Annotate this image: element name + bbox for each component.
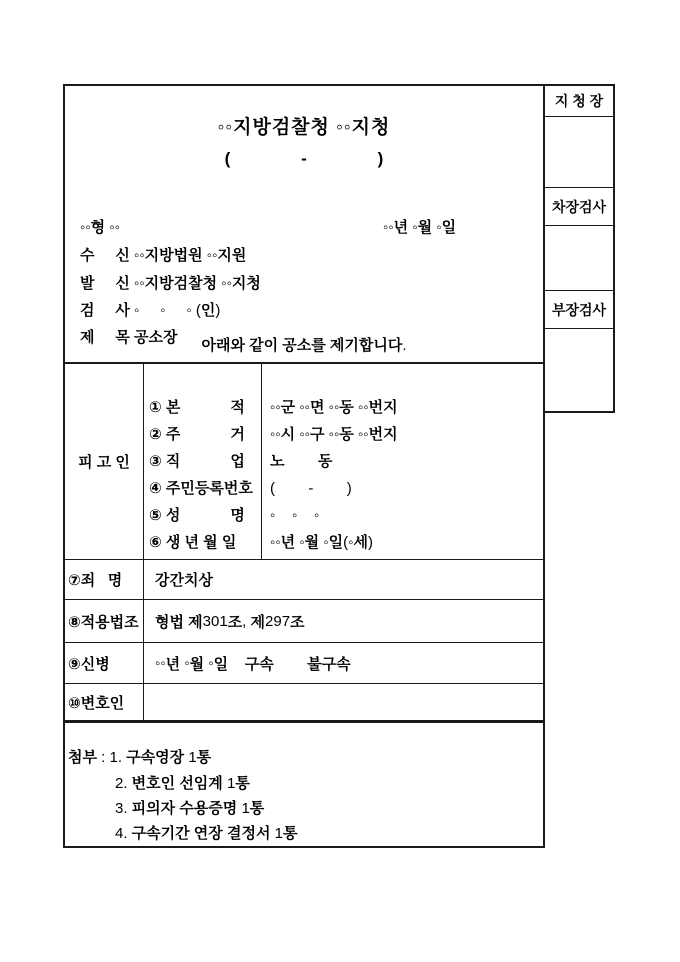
document-date: ◦◦년 ◦월 ◦일 <box>383 216 456 237</box>
defendant-field-label-birthdate: ⑥ 생 년 월 일 <box>149 529 261 556</box>
offense-name-value: 강간치상 <box>144 560 543 599</box>
defendant-field-label-name: ⑤ 성 명 <box>149 502 261 529</box>
defendant-field-label-domicile: ① 본 적 <box>149 394 261 421</box>
approval-column: 지 청 장 차장검사 부장검사 <box>543 84 615 413</box>
defendant-field-value-resident-id: ( - ) <box>270 475 543 502</box>
defendant-field-value-domicile: ◦◦군 ◦◦면 ◦◦동 ◦◦번지 <box>270 394 543 421</box>
approval-label-division-chief-prosecutor: 부장검사 <box>545 291 613 329</box>
document-body: ◦◦지방검찰청 ◦◦지청 ( - ) ◦◦형 ◦◦ ◦◦년 ◦월 ◦일 수 신 … <box>63 84 545 723</box>
attachments-list: 2. 변호인 선임계 1통 3. 피의자 수용증명 1통 4. 구속기간 연장 … <box>115 771 297 846</box>
attachments-section: 첨부 : 1. 구속영장 1통 2. 변호인 선임계 1통 3. 피의자 수용증… <box>63 720 545 848</box>
case-number-blank: ( - ) <box>65 149 543 169</box>
approval-label-branch-chief: 지 청 장 <box>545 86 613 117</box>
prosecutor-line: 검 사 ◦ ◦ ◦ (인) <box>80 299 220 317</box>
custody-status-row: ⑨신병 ◦◦년 ◦월 ◦일 구속 불구속 <box>65 643 543 684</box>
filing-statement: 아래와 같이 공소를 제기합니다. <box>65 334 543 355</box>
document-header-section: ◦◦지방검찰청 ◦◦지청 ( - ) ◦◦형 ◦◦ ◦◦년 ◦월 ◦일 수 신 … <box>65 86 543 364</box>
defense-counsel-row: ⑩변호인 <box>65 684 543 721</box>
applicable-statutes-value: 형법 제301조, 제297조 <box>144 600 543 642</box>
approval-stamp-space-division-chief-prosecutor <box>545 329 613 411</box>
recipient-line: 수 신 ◦◦지방법원 ◦◦지원 <box>80 244 246 262</box>
defendant-field-label-residence: ② 주 거 <box>149 421 261 448</box>
document-number: ◦◦형 ◦◦ <box>80 216 120 234</box>
attachment-item: 4. 구속기간 연장 결정서 1통 <box>115 821 297 846</box>
defendant-field-value-birthdate: ◦◦년 ◦월 ◦일(◦세) <box>270 529 543 556</box>
approval-label-deputy-chief-prosecutor: 차장검사 <box>545 188 613 226</box>
attachments-heading: 첨부 : 1. 구속영장 1통 <box>68 746 211 767</box>
defendant-field-label-occupation: ③ 직 업 <box>149 448 261 475</box>
defendant-field-labels: ① 본 적 ② 주 거 ③ 직 업 ④ 주민등록번호 ⑤ 성 명 ⑥ 생 년 월… <box>144 364 262 559</box>
defense-counsel-value <box>144 684 543 721</box>
offense-name-row: ⑦죄 명 강간치상 <box>65 560 543 600</box>
custody-status-label: ⑨신병 <box>65 643 144 683</box>
applicable-statutes-row: ⑧적용법조 형법 제301조, 제297조 <box>65 600 543 643</box>
defendant-section: 피 고 인 ① 본 적 ② 주 거 ③ 직 업 ④ 주민등록번호 ⑤ 성 명 ⑥… <box>65 364 543 560</box>
approval-stamp-space-branch-chief <box>545 117 613 188</box>
sender-line: 발 신 ◦◦지방검찰청 ◦◦지청 <box>80 272 261 290</box>
defendant-field-value-residence: ◦◦시 ◦◦구 ◦◦동 ◦◦번지 <box>270 421 543 448</box>
indictment-form-page: ◦◦지방검찰청 ◦◦지청 ( - ) ◦◦형 ◦◦ ◦◦년 ◦월 ◦일 수 신 … <box>0 0 680 962</box>
defendant-field-label-resident-id: ④ 주민등록번호 <box>149 475 261 502</box>
offense-name-label: ⑦죄 명 <box>65 560 144 599</box>
defendant-field-value-occupation: 노 동 <box>270 448 543 475</box>
attachment-item: 2. 변호인 선임계 1통 <box>115 771 297 796</box>
defendant-field-values: ◦◦군 ◦◦면 ◦◦동 ◦◦번지 ◦◦시 ◦◦구 ◦◦동 ◦◦번지 노 동 ( … <box>262 364 543 559</box>
defendant-field-value-name: ◦ ◦ ◦ <box>270 502 543 529</box>
applicable-statutes-label: ⑧적용법조 <box>65 600 144 642</box>
approval-stamp-space-deputy-chief-prosecutor <box>545 226 613 291</box>
office-title: ◦◦지방검찰청 ◦◦지청 <box>65 112 543 139</box>
defense-counsel-label: ⑩변호인 <box>65 684 144 721</box>
defendant-section-label: 피 고 인 <box>65 364 144 559</box>
custody-status-value: ◦◦년 ◦월 ◦일 구속 불구속 <box>144 643 543 683</box>
attachment-item: 3. 피의자 수용증명 1통 <box>115 796 297 821</box>
